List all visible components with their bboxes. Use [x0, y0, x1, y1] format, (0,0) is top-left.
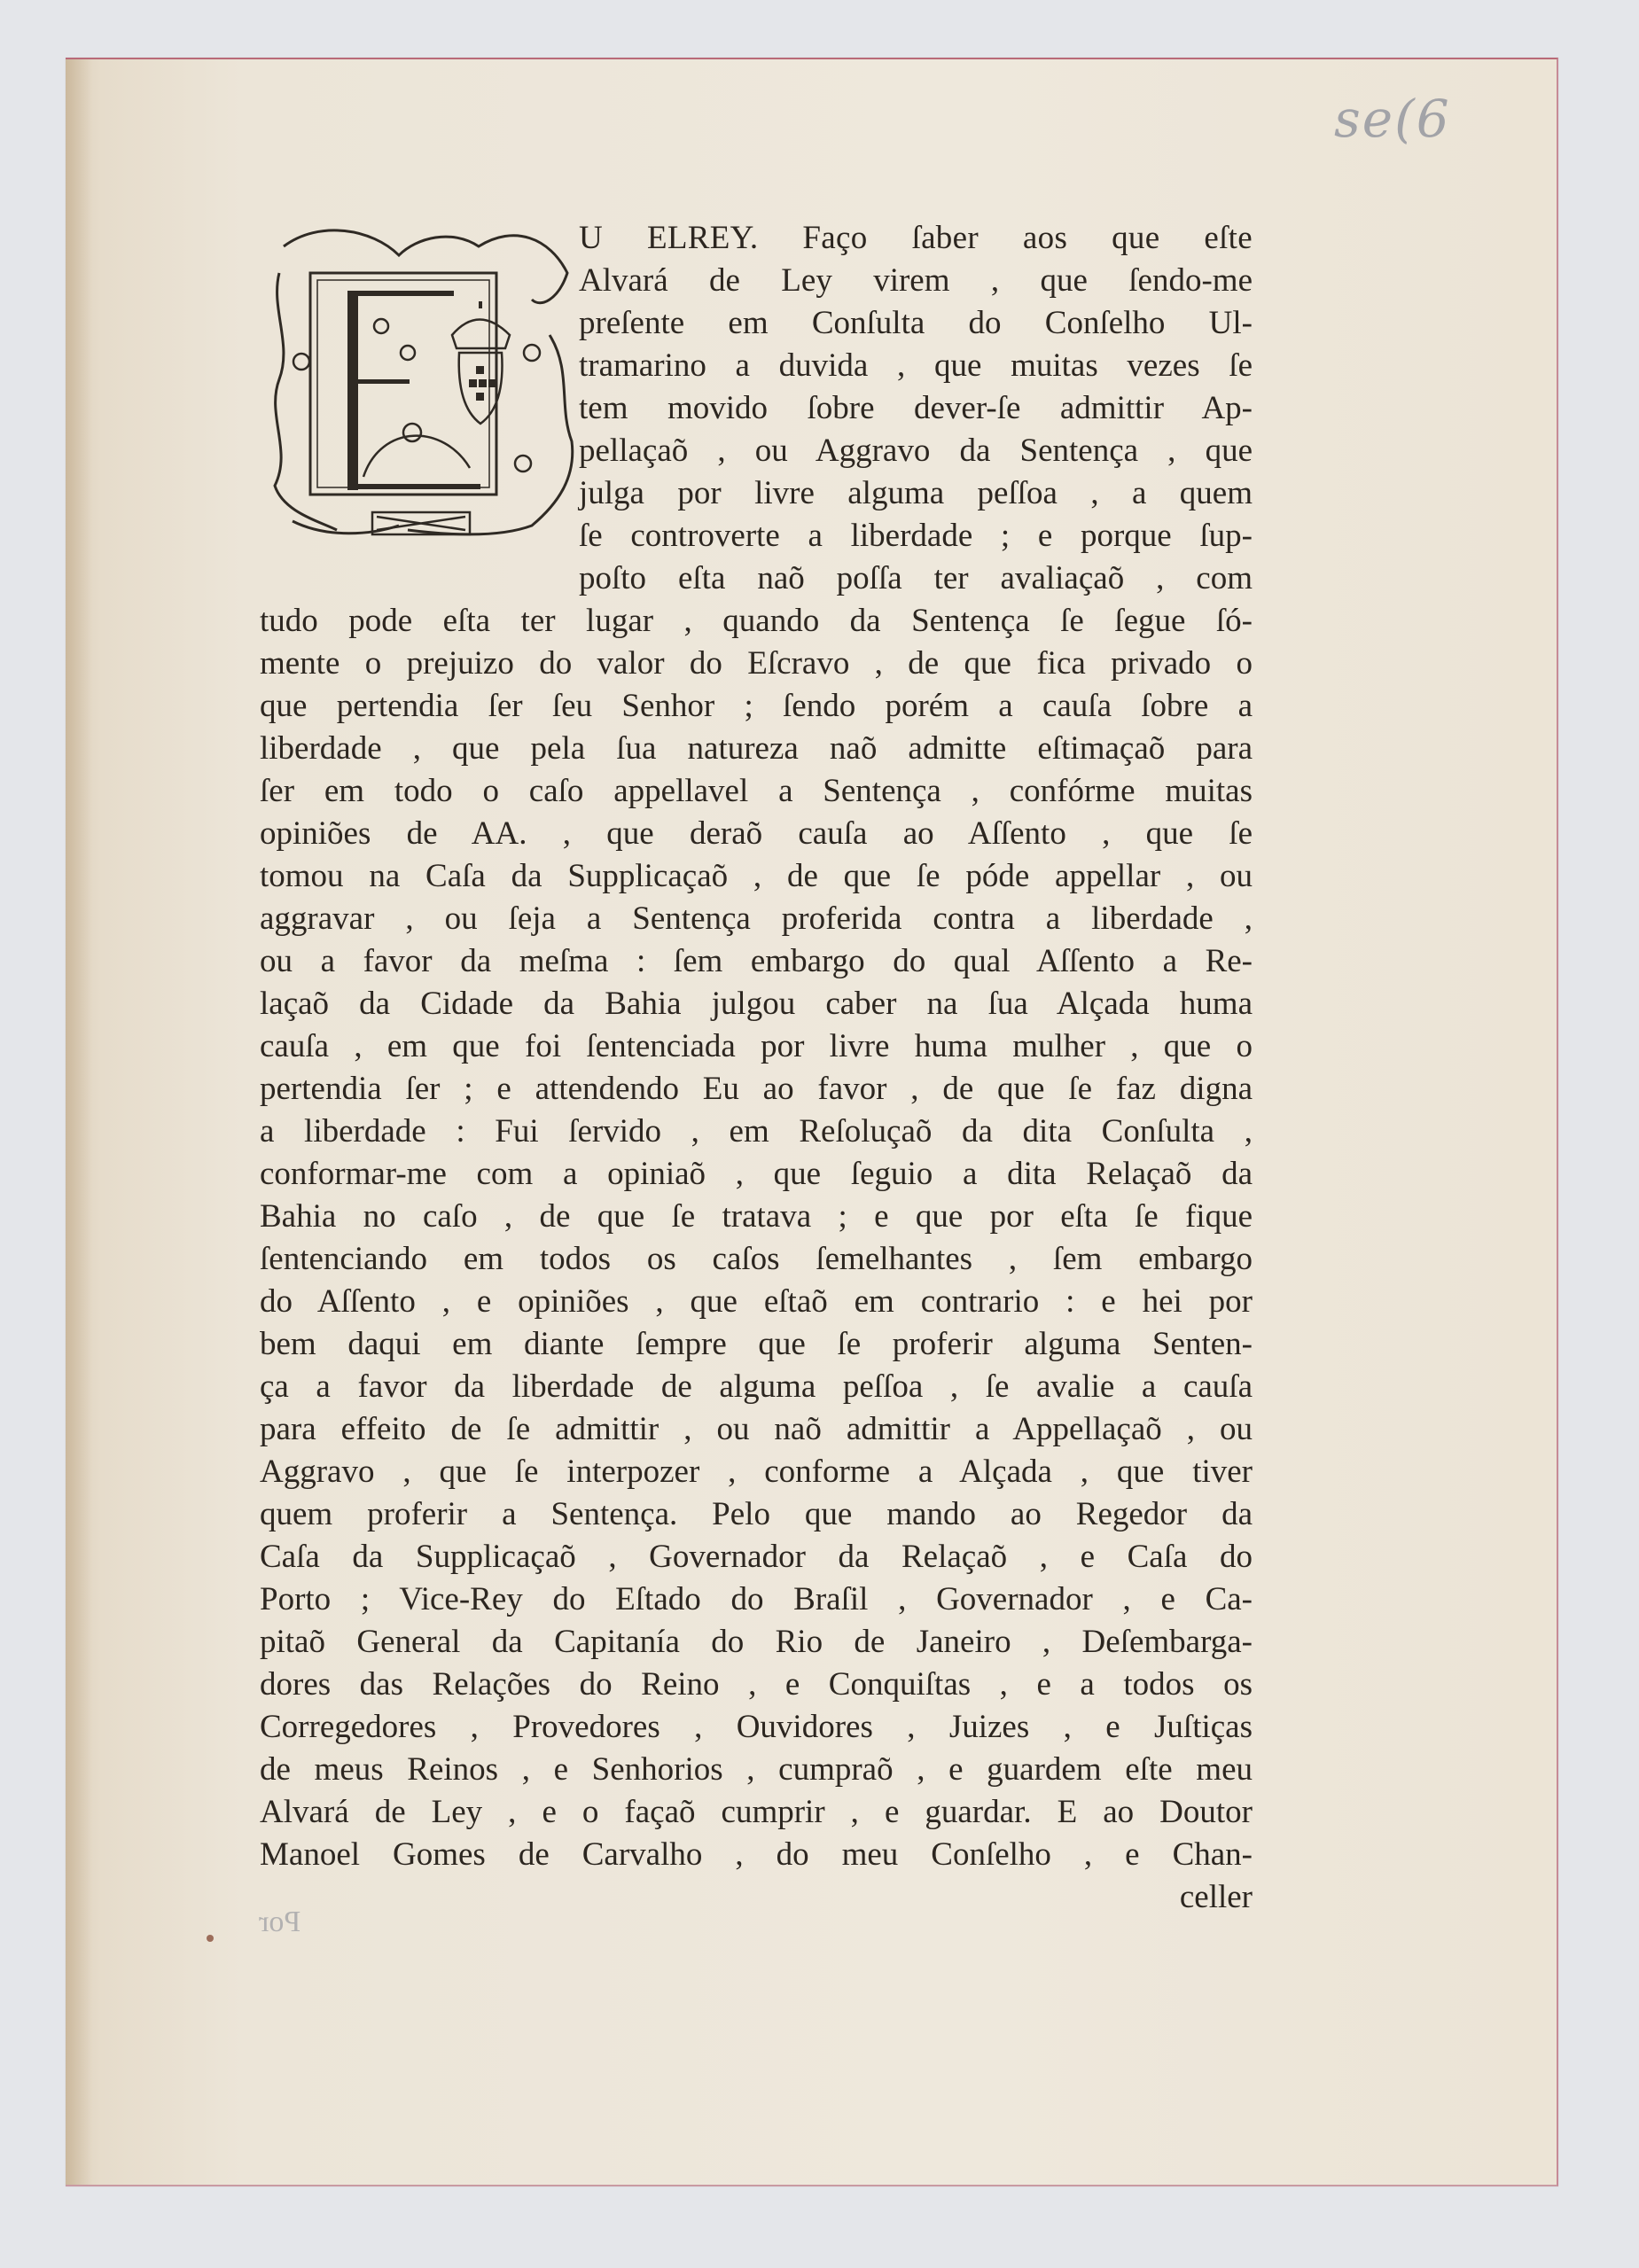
text-line: cauſa , em que foi ſentenciada por livre…	[260, 1025, 1253, 1068]
text-line: de meus Reinos , e Senhorios , cumpraõ ,…	[260, 1749, 1253, 1791]
text-line: ſentenciando em todos os caſos ſemelhant…	[260, 1238, 1253, 1281]
text-line: ſer em todo o caſo appellavel a Sentença…	[260, 770, 1253, 813]
text-line: Alvará de Ley , e o façaõ cumprir , e gu…	[260, 1791, 1253, 1834]
ornate-initial-icon	[266, 220, 581, 548]
text-line: ça a favor da liberdade de alguma peſſoa…	[260, 1366, 1253, 1408]
text-line: bem daqui em diante ſempre que ſe profer…	[260, 1323, 1253, 1366]
text-line: Alvará de Ley virem , que ſendo-me	[579, 260, 1253, 302]
text-line: laçaõ da Cidade da Bahia julgou caber na…	[260, 983, 1253, 1025]
pencil-annotation: se(6	[1334, 89, 1451, 149]
text-line: U ELREY. Faço ſaber aos que eſte	[579, 217, 1253, 260]
text-line: pertendia ſer ; e attendendo Eu ao favor…	[260, 1068, 1253, 1111]
text-line: liberdade , que pela ſua natureza naõ ad…	[260, 728, 1253, 770]
text-line: preſente em Conſulta do Conſelho Ul-	[579, 302, 1253, 345]
text-line: julga por livre alguma peſſoa , a quem	[579, 472, 1253, 515]
text-line: do Aſſento , e opiniões , que eſtaõ em c…	[260, 1281, 1253, 1323]
text-line: que pertendia ſer ſeu Senhor ; ſendo por…	[260, 685, 1253, 728]
text-line: ou a favor da meſma : ſem embargo do qua…	[260, 940, 1253, 983]
text-line: Corregedores , Provedores , Ouvidores , …	[260, 1706, 1253, 1749]
text-line: aggravar , ou ſeja a Sentença proferida …	[260, 898, 1253, 940]
decorated-initial-e	[266, 220, 581, 548]
ink-spot	[207, 1935, 214, 1942]
text-line: tem movido ſobre dever-ſe admittir Ap-	[579, 387, 1253, 430]
text-line: tomou na Caſa da Supplicaçaõ , de que ſe…	[260, 855, 1253, 898]
text-line: tramarino a duvida , que muitas vezes ſe	[579, 345, 1253, 387]
text-line: pitaõ General da Capitanía do Rio de Jan…	[260, 1621, 1253, 1664]
catchword: celler	[260, 1876, 1253, 1919]
text-line: dores das Relações do Reino , e Conquiſt…	[260, 1664, 1253, 1706]
text-line: Bahia no caſo , de que ſe tratava ; e qu…	[260, 1196, 1253, 1238]
text-line: opiniões de AA. , que deraõ cauſa ao Aſſ…	[260, 813, 1253, 855]
text-line: ſe controverte a liberdade ; e porque ſu…	[579, 515, 1253, 557]
text-line: conformar-me com a opiniaõ , que ſeguio …	[260, 1153, 1253, 1196]
text-line: para effeito de ſe admittir , ou naõ adm…	[260, 1408, 1253, 1451]
text-line: poſto eſta naõ poſſa ter avaliaçaõ , com	[579, 557, 1253, 600]
text-line: a liberdade : Fui ſervido , em Reſoluçaõ…	[260, 1111, 1253, 1153]
text-line: pellaçaõ , ou Aggravo da Sentença , que	[579, 430, 1253, 472]
text-line: Caſa da Supplicaçaõ , Governador da Rela…	[260, 1536, 1253, 1578]
text-line: Aggravo , que ſe interpozer , conforme a…	[260, 1451, 1253, 1493]
text-line: quem proferir a Sentença. Pelo que mando…	[260, 1493, 1253, 1536]
text-line: mente o prejuizo do valor do Eſcravo , d…	[260, 643, 1253, 685]
text-line: tudo pode eſta ter lugar , quando da Sen…	[260, 600, 1253, 643]
text-line: Manoel Gomes de Carvalho , do meu Conſel…	[260, 1834, 1253, 1876]
text-line: Porto ; Vice-Rey do Eſtado do Braſil , G…	[260, 1578, 1253, 1621]
bleed-through-text: Por	[259, 1906, 300, 1939]
